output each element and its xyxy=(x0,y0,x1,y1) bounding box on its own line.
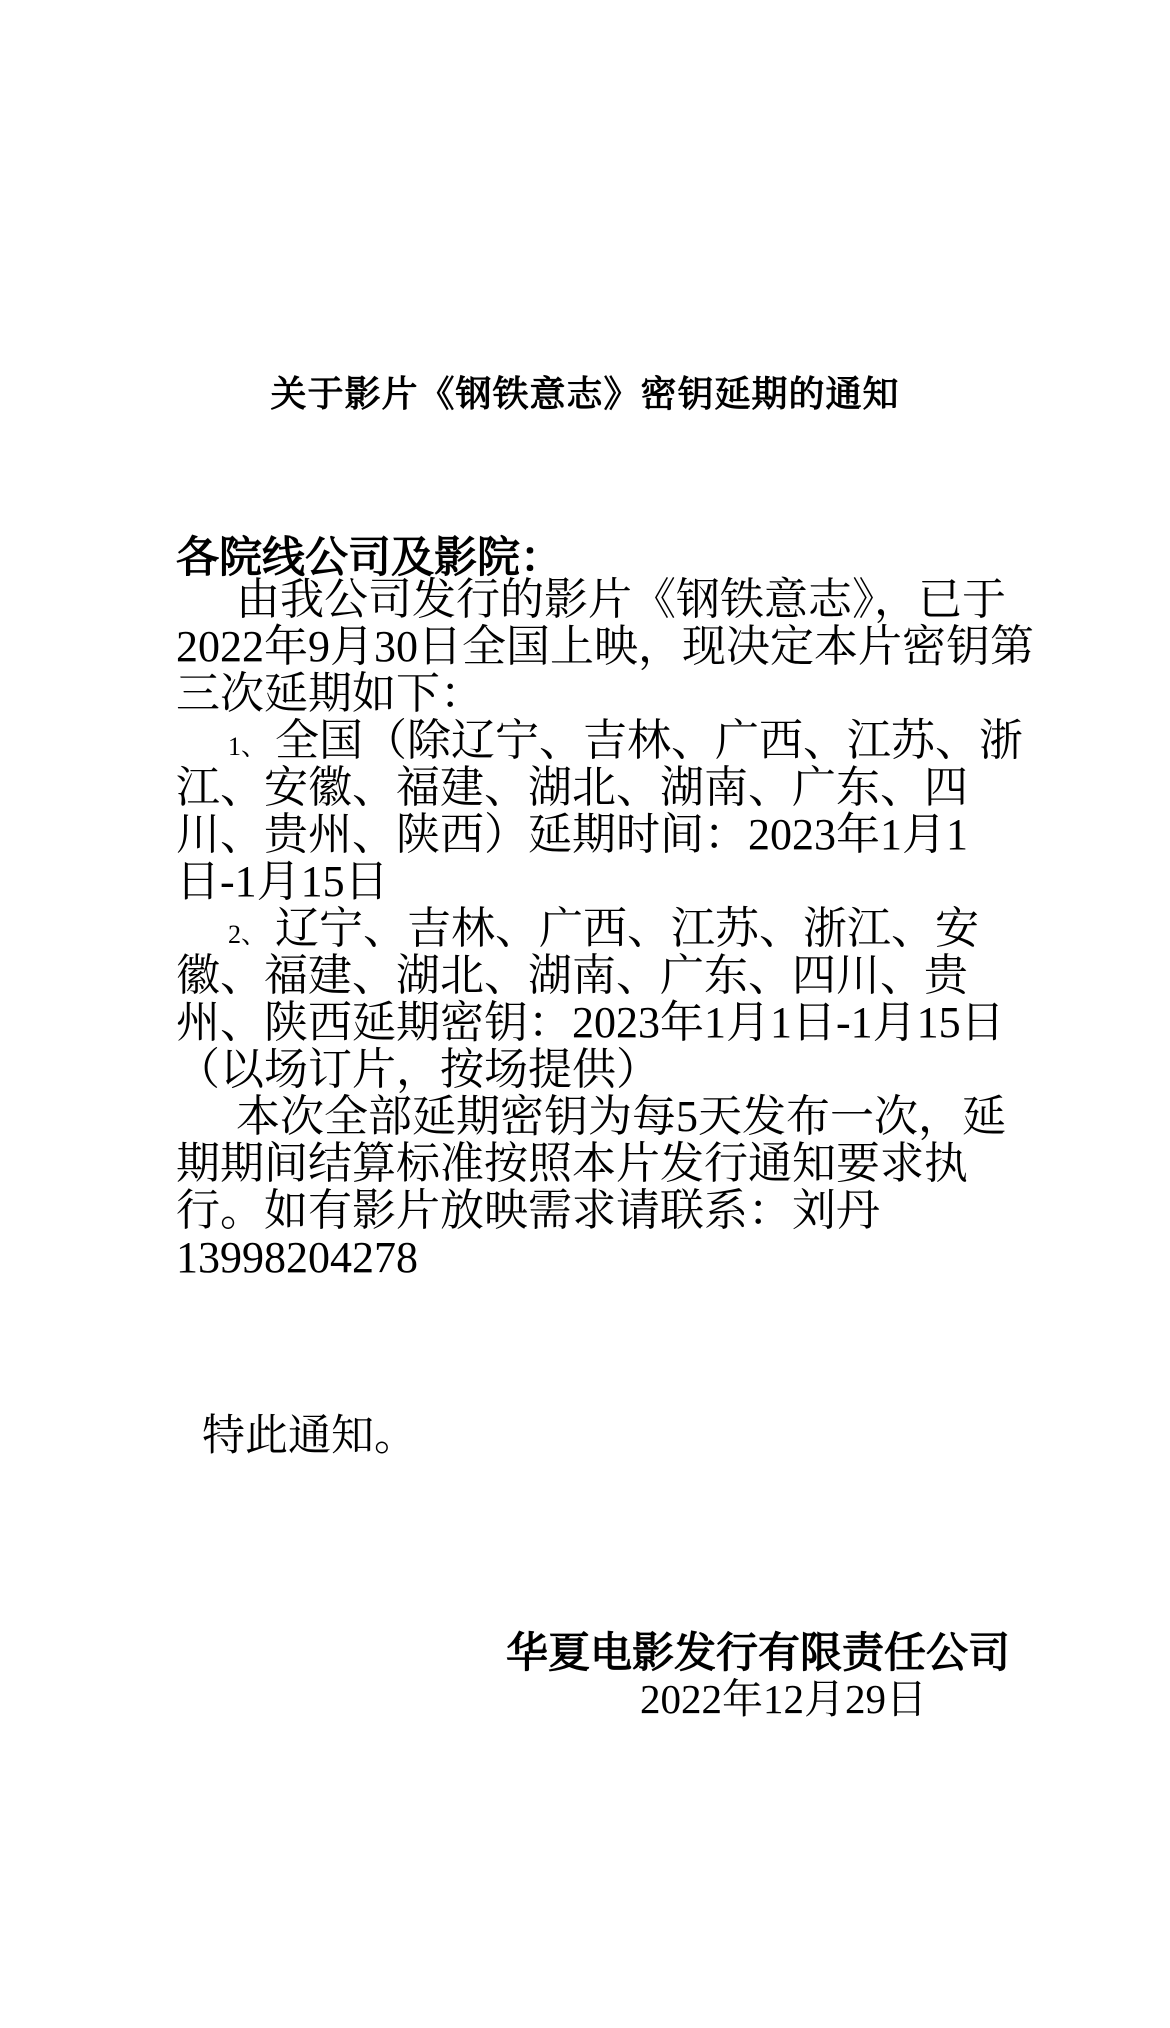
signature-date: 2022年12月29日 xyxy=(640,1666,927,1725)
body-line-text: 江、安徽、福建、湖北、湖南、广东、四 xyxy=(176,763,968,812)
body-line: 徽、福建、湖北、湖南、广东、四川、贵 xyxy=(176,952,1016,999)
body-line-text: 三次延期如下： xyxy=(176,669,484,718)
body-line-text: 徽、福建、湖北、湖南、广东、四川、贵 xyxy=(176,951,968,1000)
list-marker: 1、 xyxy=(228,732,267,761)
body-line: 2022年9月30日全国上映，现决定本片密钥第 xyxy=(176,623,1016,670)
body-line: 江、安徽、福建、湖北、湖南、广东、四 xyxy=(176,764,1016,811)
body-line-text: 日-1月15日 xyxy=(176,857,389,906)
document-page: 关于影片《钢铁意志》密钥延期的通知 各院线公司及影院： 由我公司发行的影片《钢铁… xyxy=(0,0,1170,2028)
body-line-text: 行。如有影片放映需求请联系：刘丹 xyxy=(176,1186,880,1235)
closing-note: 特此通知。 xyxy=(202,1402,417,1463)
notice-body: 由我公司发行的影片《钢铁意志》，已于 2022年9月30日全国上映，现决定本片密… xyxy=(176,576,1016,1281)
notice-title: 关于影片《钢铁意志》密钥延期的通知 xyxy=(0,366,1170,417)
body-line: 川、贵州、陕西）延期时间：2023年1月1 xyxy=(176,811,1016,858)
body-line: 日-1月15日 xyxy=(176,858,1016,905)
body-line: 由我公司发行的影片《钢铁意志》，已于 xyxy=(176,576,1016,623)
body-line: 13998204278 xyxy=(176,1234,1016,1281)
list-marker: 2、 xyxy=(228,920,267,949)
body-line-text: 2022年9月30日全国上映，现决定本片密钥第 xyxy=(176,622,1034,671)
body-line-text: 13998204278 xyxy=(176,1233,418,1282)
body-line-text: 州、陕西延期密钥：2023年1月1日-1月15日 xyxy=(176,998,1005,1047)
body-line: 三次延期如下： xyxy=(176,670,1016,717)
body-line-text: 辽宁、吉林、广西、江苏、浙江、安 xyxy=(275,904,979,953)
body-line-text: 全国（除辽宁、吉林、广西、江苏、浙 xyxy=(275,716,1023,765)
body-line-text: 由我公司发行的影片《钢铁意志》，已于 xyxy=(236,575,1006,624)
body-line: 1、全国（除辽宁、吉林、广西、江苏、浙 xyxy=(176,717,1016,764)
body-line: 本次全部延期密钥为每5天发布一次，延 xyxy=(176,1093,1016,1140)
body-line: 期期间结算标准按照本片发行通知要求执 xyxy=(176,1140,1016,1187)
body-line-text: （以场订片，按场提供） xyxy=(176,1045,660,1094)
body-line: 行。如有影片放映需求请联系：刘丹 xyxy=(176,1187,1016,1234)
body-line: （以场订片，按场提供） xyxy=(176,1046,1016,1093)
body-line: 2、辽宁、吉林、广西、江苏、浙江、安 xyxy=(176,905,1016,952)
body-line-text: 本次全部延期密钥为每5天发布一次，延 xyxy=(236,1092,1006,1141)
body-line-text: 川、贵州、陕西）延期时间：2023年1月1 xyxy=(176,810,968,859)
body-line-text: 期期间结算标准按照本片发行通知要求执 xyxy=(176,1139,968,1188)
body-line: 州、陕西延期密钥：2023年1月1日-1月15日 xyxy=(176,999,1016,1046)
